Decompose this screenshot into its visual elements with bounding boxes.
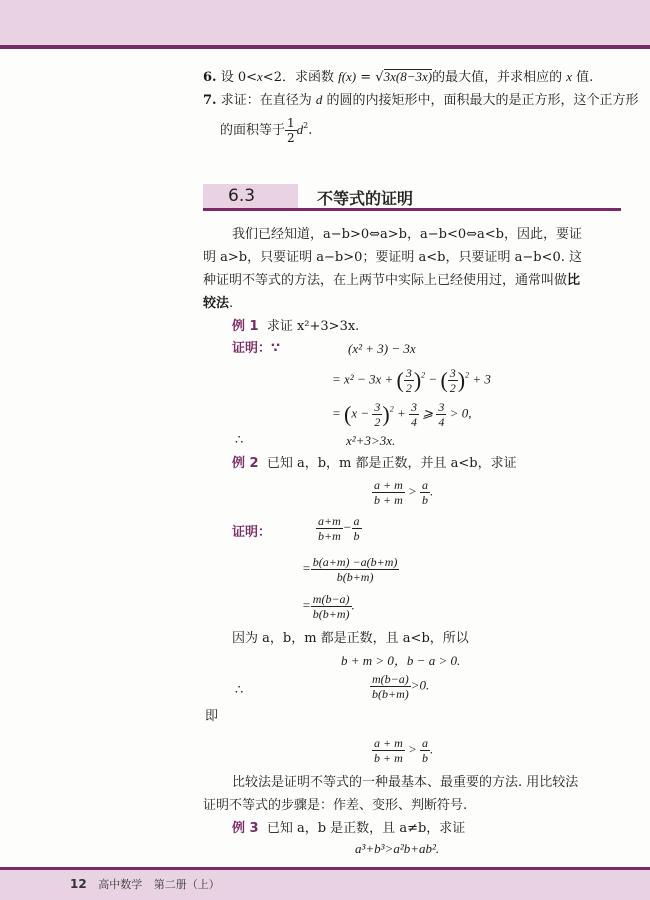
- intro-line-2: 明 a>b，只要证明 a−b>0；要证明 a<b，只要证明 a−b<0. 这: [203, 249, 582, 267]
- header-rule: [0, 45, 650, 49]
- example-1-proof-label: 证明：∵: [232, 340, 280, 358]
- exercise-7-line2: 的面积等于12d2.: [220, 116, 312, 145]
- example-1-step-1: (x² + 3) − 3x: [348, 340, 416, 358]
- therefore-symbol: ∴: [235, 432, 243, 450]
- example-2-claim: a + mb + m > ab.: [372, 478, 433, 507]
- example-2-final: a + mb + m > ab.: [372, 736, 433, 765]
- summary-line-1: 比较法是证明不等式的一种最基本、最重要的方法. 用比较法: [232, 774, 578, 792]
- therefore-symbol-2: ∴: [235, 682, 243, 700]
- example-2-proof-step-1: a+mb+m−ab: [316, 514, 362, 543]
- intro-line-1: 我们已经知道，a−b>0⇔a>b，a−b<0⇔a<b，因此，要证: [232, 226, 582, 244]
- example-1-statement: 例 1 求证 x²+3>3x.: [232, 318, 359, 336]
- section-title: 不等式的证明: [317, 186, 413, 209]
- example-2-because: 因为 a，b，m 都是正数，且 a<b，所以: [232, 630, 469, 648]
- exercise-6: 6. 设 0<x<2．求函数 f(x) = √3x(8−3x)的最大值，并求相应…: [203, 68, 593, 87]
- example-2-therefore-result: m(b−a)b(b+m)>0.: [370, 672, 429, 701]
- summary-line-2: 证明不等式的步骤是：作差、变形、判断符号.: [203, 797, 467, 815]
- example-2-proof-step-2: =b(a+m) −a(b+m)b(b+m): [302, 555, 399, 584]
- section-number: 6.3: [228, 186, 255, 206]
- example-3-statement: 例 3 已知 a，b 是正数，且 a≠b，求证: [232, 820, 465, 838]
- page-number: 12: [70, 877, 87, 891]
- header-band: [0, 0, 650, 45]
- example-2-proof-label: 证明：: [232, 524, 271, 542]
- example-2-inequalities: b + m > 0，b − a > 0.: [341, 652, 460, 670]
- book-title: 高中数学: [98, 878, 142, 891]
- example-2-proof-step-3: =m(b−a)b(b+m).: [302, 592, 355, 621]
- fraction: 12: [285, 116, 297, 145]
- example-3-claim: a³+b³>a²b+ab².: [355, 840, 439, 858]
- example-1-step-3: = (x − 32)2 + 34 ⩾ 34 > 0,: [332, 400, 471, 429]
- intro-line-3: 种证明不等式的方法，在上两节中实际上已经使用过，通常叫做比: [203, 272, 580, 290]
- example-1-step-2: = x² − 3x + (32)2 − (32)2 + 3: [332, 366, 491, 395]
- example-2-ji: 即: [205, 708, 218, 726]
- volume: 第二册（上）: [154, 878, 220, 891]
- intro-line-4: 较法.: [203, 295, 233, 313]
- exercise-7: 7. 求证：在直径为 d 的圆的内接矩形中，面积最大的是正方形，这个正方形: [203, 91, 639, 110]
- section-rule: [203, 208, 621, 211]
- example-2-statement: 例 2 已知 a，b，m 都是正数，并且 a<b，求证: [232, 455, 517, 473]
- footer: 12 高中数学 第二册（上）: [70, 876, 220, 892]
- example-1-conclusion: x²+3>3x.: [346, 432, 395, 450]
